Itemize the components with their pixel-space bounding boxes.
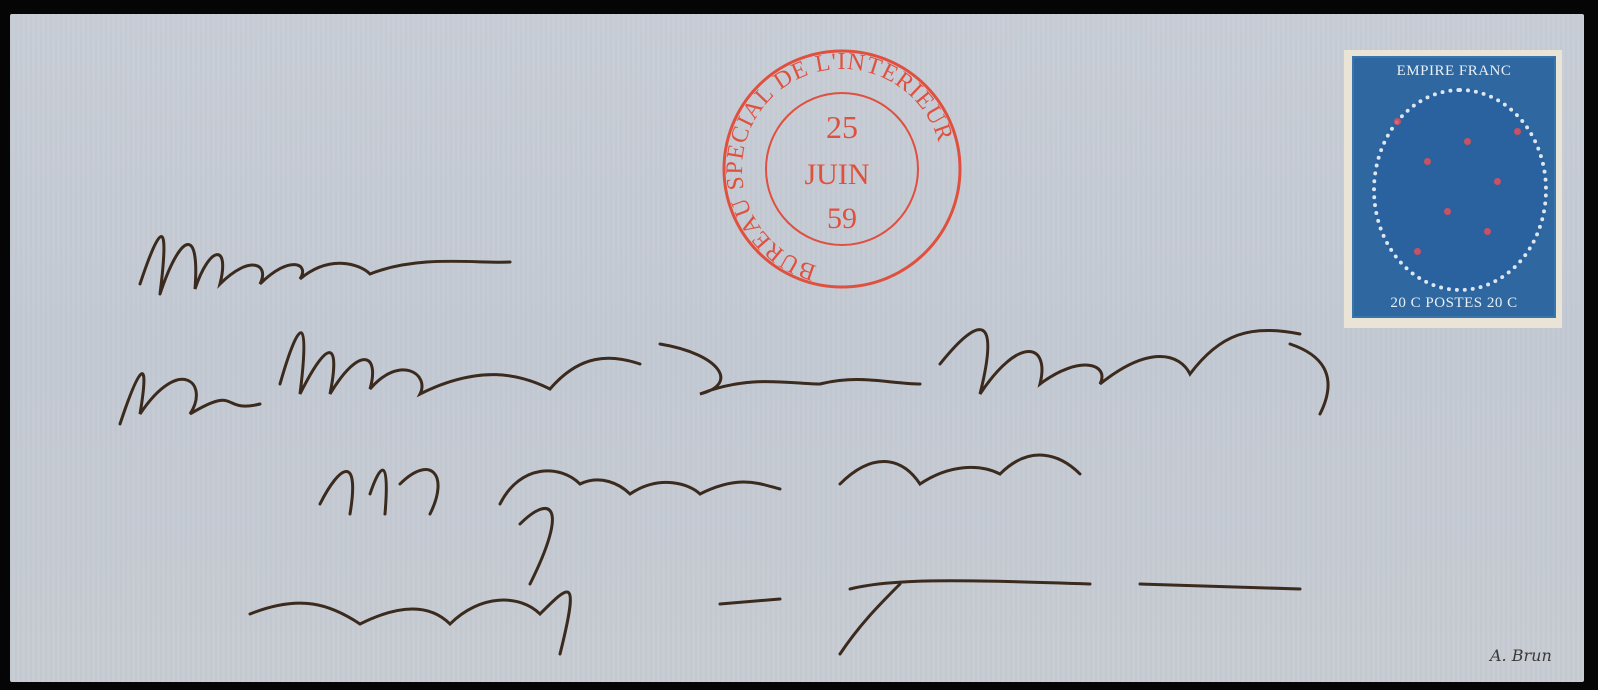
stamp-top-text: EMPIRE FRANC bbox=[1376, 60, 1532, 82]
letter-cover: BUREAU SPECIAL DE L'INTERIEUR 25 JUIN 59… bbox=[10, 14, 1584, 682]
handwritten-address bbox=[100, 184, 1550, 664]
pencil-signature: A. Brun bbox=[1490, 646, 1552, 665]
postmark-day: 25 bbox=[826, 109, 858, 145]
